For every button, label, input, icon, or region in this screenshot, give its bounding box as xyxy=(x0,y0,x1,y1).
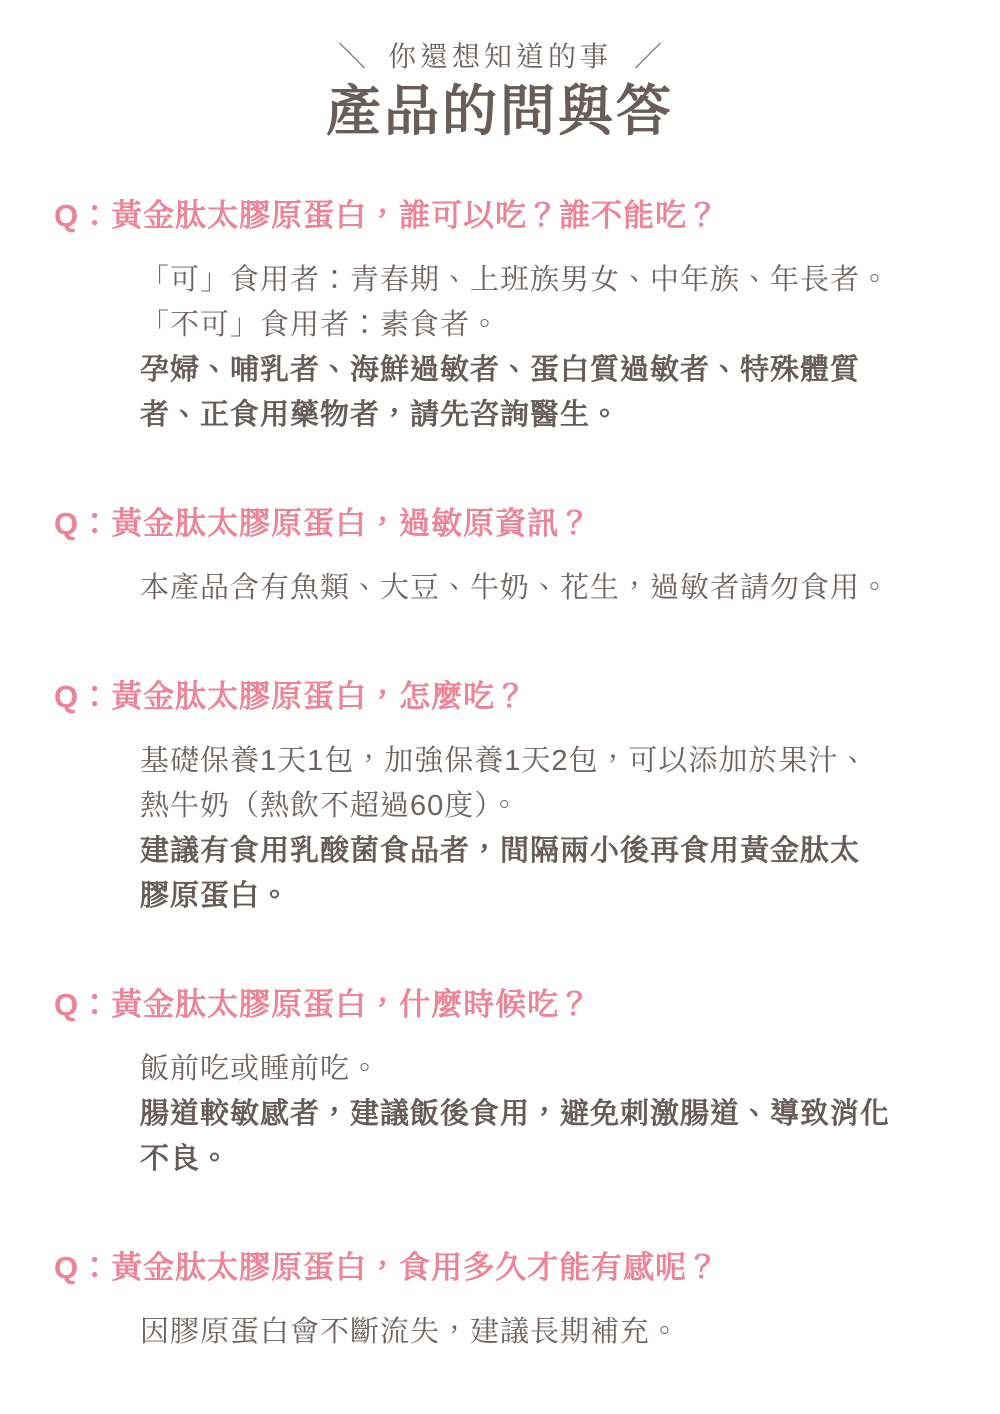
faq-list: Q：黃金肽太膠原蛋白，誰可以吃？誰不能吃？ 「可」食用者：青春期、上班族男女、中… xyxy=(0,196,1000,1355)
faq-answer-line: 熱牛奶（熱飲不超過60度）。 xyxy=(140,784,1000,829)
faq-item: Q：黃金肽太膠原蛋白，怎麼吃？ 基礎保養1天1包，加強保養1天2包，可以添加於果… xyxy=(0,677,1000,919)
faq-answer-line: 腸道較敏感者，建議飯後食用，避免刺激腸道、導致消化 xyxy=(140,1092,1000,1137)
faq-answer-line: 「不可」食用者：素食者。 xyxy=(140,303,1000,348)
faq-answer-line: 不良。 xyxy=(140,1137,1000,1182)
backslash-decoration-icon: ＼ xyxy=(338,40,366,74)
faq-answers: 基礎保養1天1包，加強保養1天2包，可以添加於果汁、熱牛奶（熱飲不超過60度）。… xyxy=(140,739,1000,919)
faq-question: Q：黃金肽太膠原蛋白，怎麼吃？ xyxy=(54,677,1000,717)
faq-answer-line: 孕婦、哺乳者、海鮮過敏者、蛋白質過敏者、特殊體質 xyxy=(140,348,1000,393)
faq-question: Q：黃金肽太膠原蛋白，過敏原資訊？ xyxy=(54,504,1000,544)
faq-answer-line: 「可」食用者：青春期、上班族男女、中年族、年長者。 xyxy=(140,258,1000,303)
faq-answer-line: 者、正食用藥物者，請先咨詢醫生。 xyxy=(140,393,1000,438)
page-title: 產品的問與答 xyxy=(0,80,1000,142)
faq-item: Q：黃金肽太膠原蛋白，食用多久才能有感呢？ 因膠原蛋白會不斷流失，建議長期補充。 xyxy=(0,1248,1000,1355)
faq-answer-line: 飯前吃或睡前吃。 xyxy=(140,1047,1000,1092)
tagline-text: 你還想知道的事 xyxy=(388,40,612,74)
faq-answers: 「可」食用者：青春期、上班族男女、中年族、年長者。「不可」食用者：素食者。孕婦、… xyxy=(140,258,1000,438)
faq-page: ＼ 你還想知道的事 ／ 產品的問與答 Q：黃金肽太膠原蛋白，誰可以吃？誰不能吃？… xyxy=(0,0,1000,1414)
faq-answers: 飯前吃或睡前吃。腸道較敏感者，建議飯後食用，避免刺激腸道、導致消化不良。 xyxy=(140,1047,1000,1182)
faq-question: Q：黃金肽太膠原蛋白，什麼時候吃？ xyxy=(54,985,1000,1025)
faq-item: Q：黃金肽太膠原蛋白，誰可以吃？誰不能吃？ 「可」食用者：青春期、上班族男女、中… xyxy=(0,196,1000,438)
page-header: ＼ 你還想知道的事 ／ 產品的問與答 xyxy=(0,40,1000,142)
faq-answer-line: 因膠原蛋白會不斷流失，建議長期補充。 xyxy=(140,1310,1000,1355)
slash-decoration-icon: ／ xyxy=(634,40,662,74)
faq-question: Q：黃金肽太膠原蛋白，誰可以吃？誰不能吃？ xyxy=(54,196,1000,236)
faq-answer-line: 膠原蛋白。 xyxy=(140,874,1000,919)
faq-answer-line: 建議有食用乳酸菌食品者，間隔兩小後再食用黃金肽太 xyxy=(140,829,1000,874)
faq-answers: 本產品含有魚類、大豆、牛奶、花生，過敏者請勿食用。 xyxy=(140,566,1000,611)
faq-question: Q：黃金肽太膠原蛋白，食用多久才能有感呢？ xyxy=(54,1248,1000,1288)
faq-answer-line: 基礎保養1天1包，加強保養1天2包，可以添加於果汁、 xyxy=(140,739,1000,784)
faq-answer-line: 本產品含有魚類、大豆、牛奶、花生，過敏者請勿食用。 xyxy=(140,566,1000,611)
faq-answers: 因膠原蛋白會不斷流失，建議長期補充。 xyxy=(140,1310,1000,1355)
faq-item: Q：黃金肽太膠原蛋白，什麼時候吃？ 飯前吃或睡前吃。腸道較敏感者，建議飯後食用，… xyxy=(0,985,1000,1182)
tagline-row: ＼ 你還想知道的事 ／ xyxy=(0,40,1000,74)
faq-item: Q：黃金肽太膠原蛋白，過敏原資訊？ 本產品含有魚類、大豆、牛奶、花生，過敏者請勿… xyxy=(0,504,1000,611)
